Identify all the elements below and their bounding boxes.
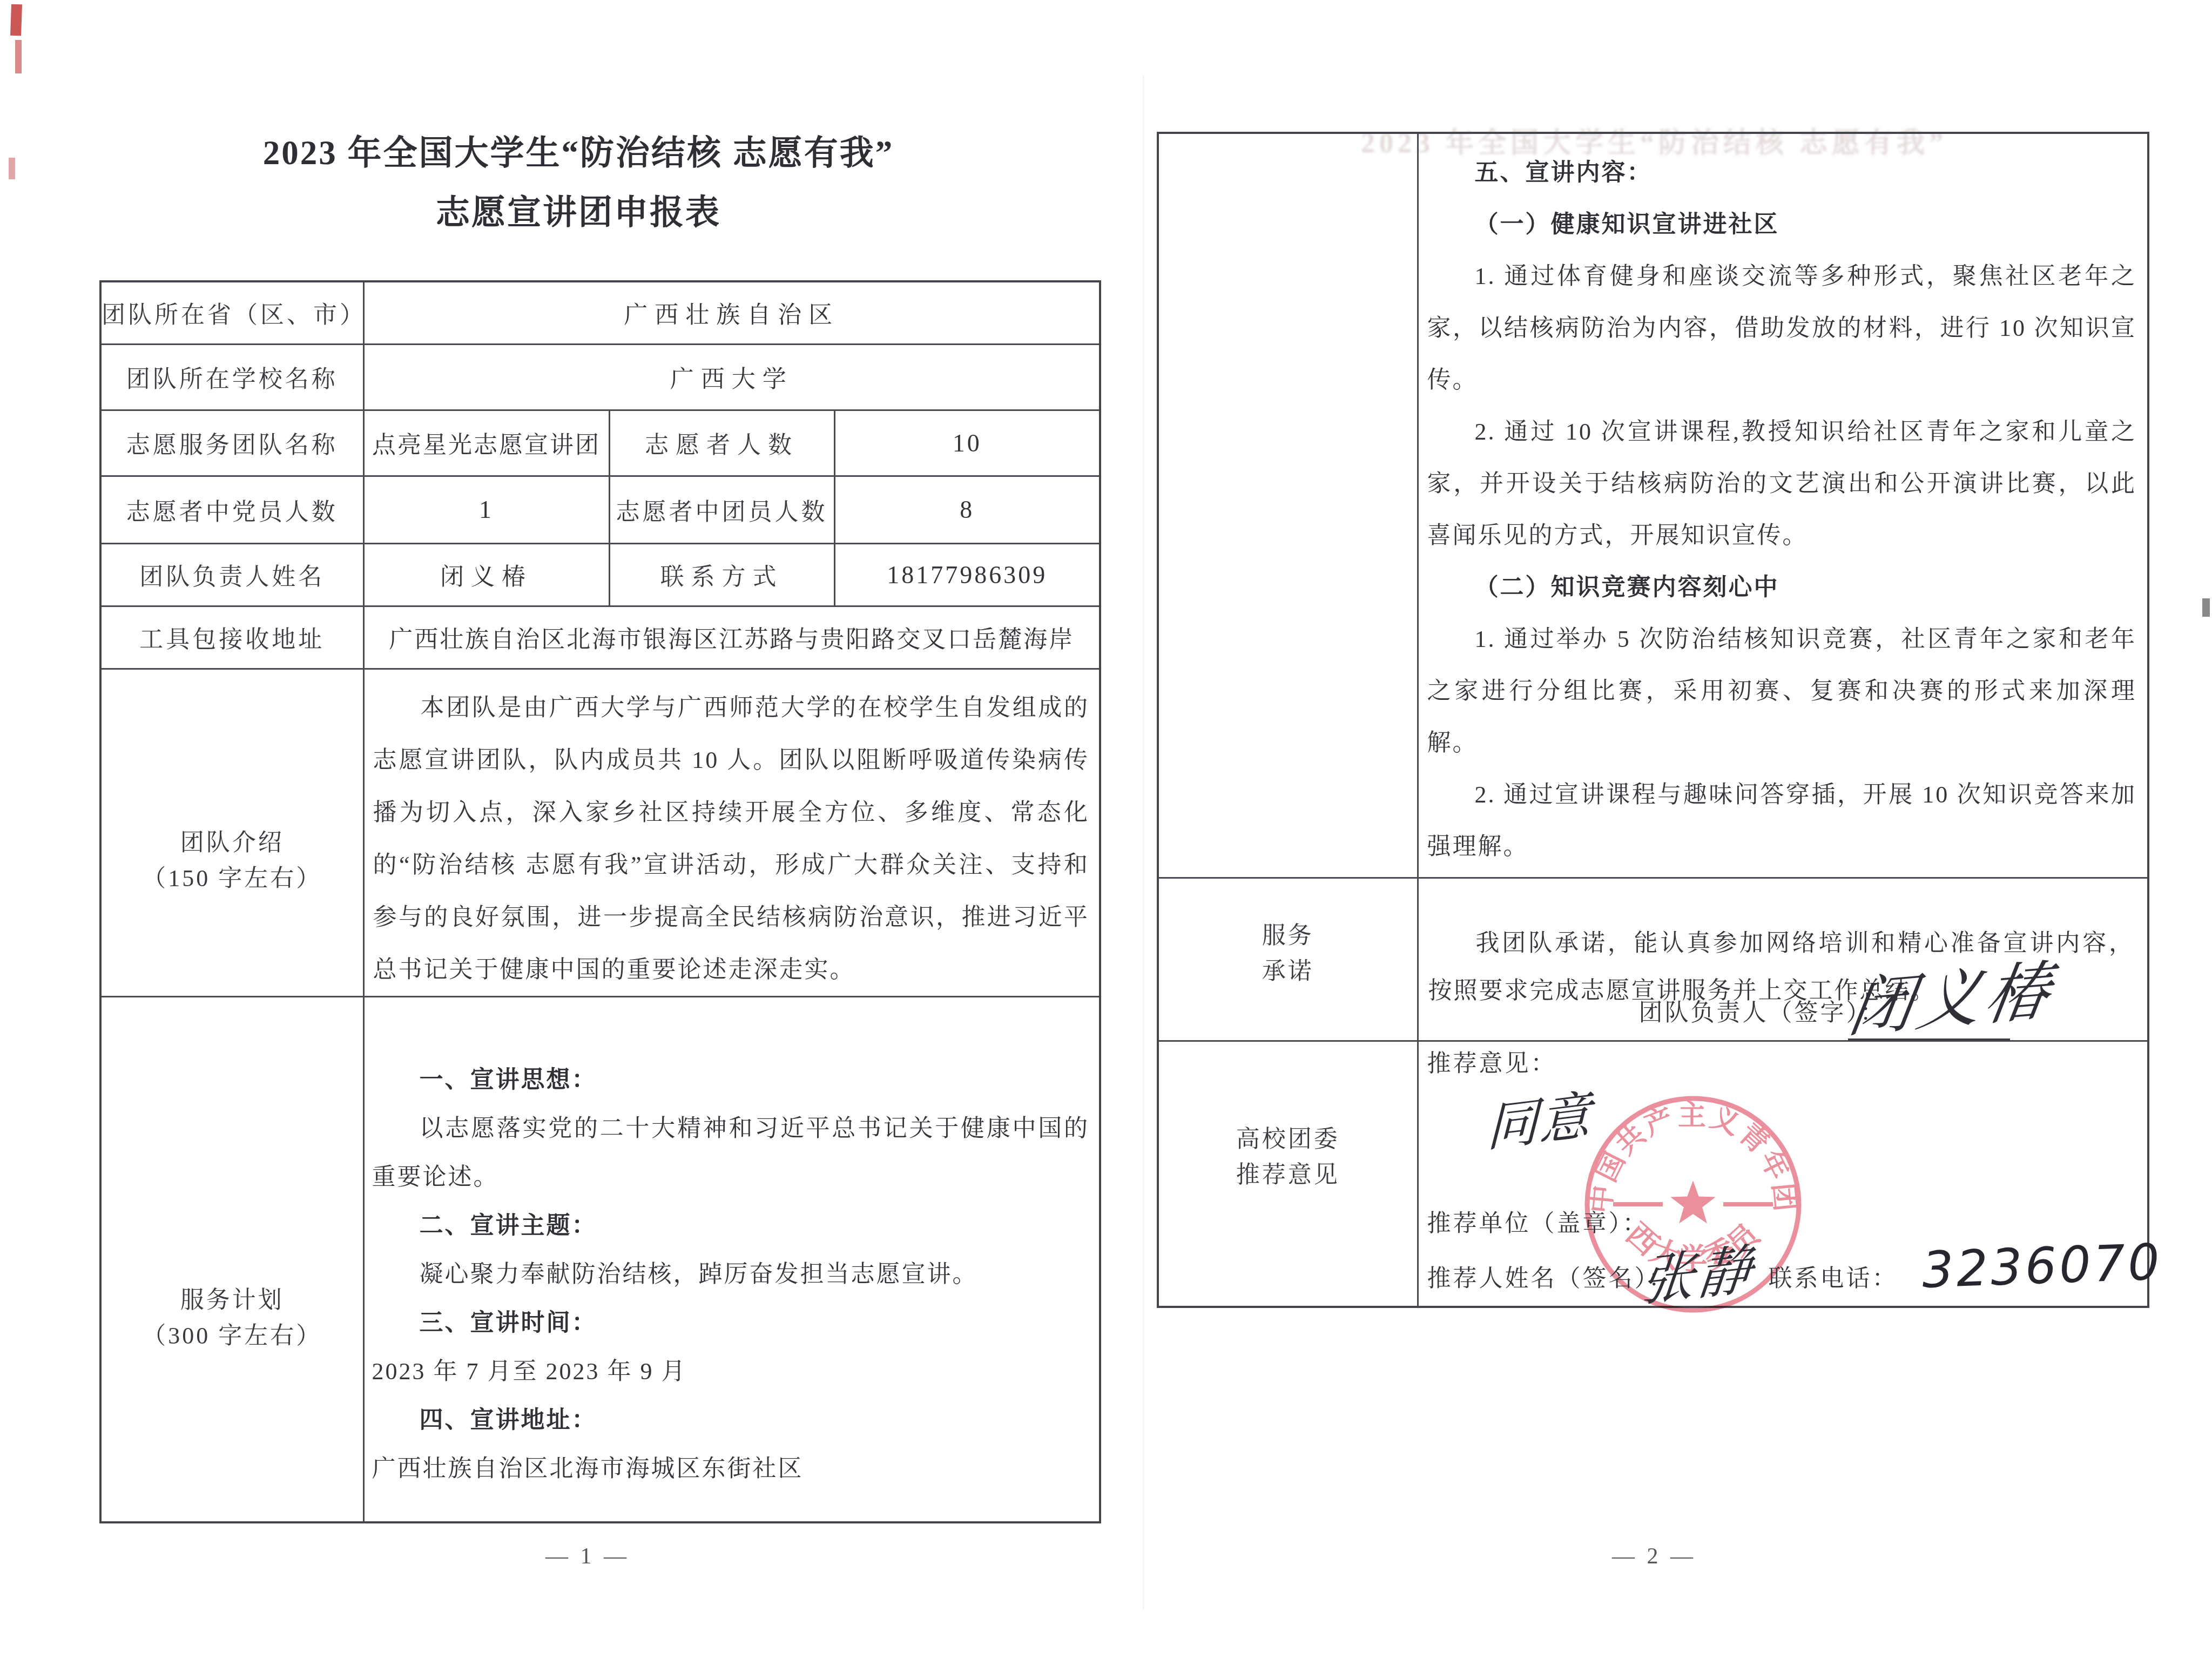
page-number-1: — 1 —: [545, 1543, 630, 1569]
value-toolkit-address: 广西壮族自治区北海市银海区江苏路与贵阳路交叉口岳麓海岸: [363, 606, 1100, 669]
table-row: 工具包接收地址 广西壮族自治区北海市银海区江苏路与贵阳路交叉口岳麓海岸: [100, 606, 1100, 669]
value-team-province: 广西壮族自治区: [363, 281, 1100, 344]
table-row: 志愿者中党员人数 1 志愿者中团员人数 8: [100, 476, 1100, 543]
label-recommendation-line1: 高校团委: [1159, 1122, 1417, 1157]
form-title: 2023 年全国大学生“防治结核 志愿有我” 志愿宣讲团申报表: [79, 123, 1078, 242]
recommendation-phone-label: 联系电话：: [1769, 1259, 1898, 1293]
label-service-plan: 服务计划 （300 字左右）: [100, 996, 363, 1522]
content-sub-1: （一）健康知识宣讲进社区: [1419, 199, 2148, 251]
plan-body-4: 广西壮族自治区北海市海城区东街社区: [365, 1445, 1100, 1493]
label-league-member-count: 志愿者中团员人数: [609, 476, 834, 543]
value-contact-phone: 18177986309: [834, 543, 1100, 606]
label-team-province: 团队所在省（区、市）: [100, 281, 363, 344]
application-table-page2: 五、宣讲内容： （一）健康知识宣讲进社区 1. 通过体育健身和座谈交流等多种形式…: [1157, 132, 2149, 1308]
table-row-lecture-content: 五、宣讲内容： （一）健康知识宣讲进社区 1. 通过体育健身和座谈交流等多种形式…: [1158, 133, 2148, 878]
team-intro-paragraph: 本团队是由广西大学与广西师范大学的在校学生自发组成的志愿宣讲团队，队内成员共 1…: [365, 670, 1100, 996]
content-item-1: 1. 通过体育健身和座谈交流等多种形式，聚焦社区老年之家，以结核病防治为内容，借…: [1419, 251, 2148, 406]
scan-edge-red-mark: [9, 158, 15, 179]
cell-service-pledge: 我团队承诺，能认真参加网络培训和精心准备宣讲内容，按照要求完成志愿宣讲服务并上交…: [1418, 878, 2148, 1041]
cell-lecture-content: 五、宣讲内容： （一）健康知识宣讲进社区 1. 通过体育健身和座谈交流等多种形式…: [1418, 133, 2148, 878]
content-sub-2: （二）知识竞赛内容刻心中: [1419, 562, 2148, 613]
table-row: 团队所在学校名称 广西大学: [100, 344, 1100, 410]
recommendation-unit-label: 推荐单位（盖章）：: [1427, 1204, 1649, 1238]
scanned-application-form: { "page1": { "title_line1": "2023 年全国大学生…: [0, 0, 2212, 1659]
scan-edge-red-mark: [15, 40, 22, 73]
page-seam-shadow: [1143, 76, 1144, 1609]
label-volunteer-count: 志愿者人数: [609, 410, 834, 476]
page-number-2: — 2 —: [1612, 1543, 1696, 1569]
recommendation-opinion-label: 推荐意见：: [1427, 1044, 1557, 1078]
value-volunteer-count: 10: [834, 410, 1100, 476]
label-team-intro: 团队介绍 （150 字左右）: [100, 669, 363, 996]
table-row-recommendation: 高校团委 推荐意见 推荐意见： 同意 中国共产主义青年团 广西大: [1158, 1041, 2148, 1307]
label-team-intro-line1: 团队介绍: [102, 825, 363, 861]
table-row: 团队所在省（区、市） 广西壮族自治区: [100, 281, 1100, 344]
label-service-plan-line1: 服务计划: [102, 1283, 363, 1318]
cell-service-plan: 一、宣讲思想： 以志愿落实党的二十大精神和习近平总书记关于健康中国的重要论述。 …: [363, 996, 1100, 1522]
stamp-right-dash: [1723, 1202, 1773, 1206]
form-title-line2: 志愿宣讲团申报表: [79, 183, 1078, 242]
table-row: 志愿服务团队名称 点亮星光志愿宣讲团 志愿者人数 10: [100, 410, 1100, 476]
application-table-page1: 团队所在省（区、市） 广西壮族自治区 团队所在学校名称 广西大学 志愿服务团队名…: [99, 280, 1101, 1523]
label-contact: 联系方式: [609, 543, 834, 606]
table-row: 团队负责人姓名 闭义椿 联系方式 18177986309: [100, 543, 1100, 606]
plan-heading-3: 三、宣讲时间：: [365, 1299, 1100, 1347]
label-leader-name: 团队负责人姓名: [100, 543, 363, 606]
approval-handwritten: 同意: [1486, 1074, 1592, 1161]
stamp-star-icon: [1670, 1181, 1716, 1224]
plan-heading-4: 四、宣讲地址：: [365, 1396, 1100, 1445]
label-service-pledge-line2: 承诺: [1159, 954, 1417, 989]
label-school-name: 团队所在学校名称: [100, 344, 363, 410]
value-league-member-count: 8: [834, 476, 1100, 543]
scan-edge-red-mark: [10, 4, 22, 36]
label-team-intro-line2: （150 字左右）: [102, 861, 363, 896]
plan-heading-1: 一、宣讲思想：: [365, 1026, 1100, 1104]
label-party-member-count: 志愿者中党员人数: [100, 476, 363, 543]
cell-recommendation: 推荐意见： 同意 中国共产主义青年团 广西大学委员会 推荐单位（盖章）：: [1418, 1041, 2148, 1307]
label-service-plan-line2: （300 字左右）: [102, 1318, 363, 1354]
label-service-pledge: 服务 承诺: [1158, 878, 1418, 1041]
recommender-signature-handwritten: 张静: [1637, 1225, 1759, 1316]
label-toolkit-address: 工具包接收地址: [100, 606, 363, 669]
content-label-cell-empty: [1158, 133, 1418, 878]
label-university-league-recommendation: 高校团委 推荐意见: [1158, 1041, 1418, 1307]
plan-body-3: 2023 年 7 月至 2023 年 9 月: [365, 1347, 1100, 1396]
signature-underline: [1848, 1038, 2010, 1041]
table-row-team-intro: 团队介绍 （150 字左右） 本团队是由广西大学与广西师范大学的在校学生自发组成…: [100, 669, 1100, 996]
label-recommendation-line2: 推荐意见: [1159, 1157, 1417, 1193]
scan-edge-dark-mark: [2202, 598, 2210, 617]
leader-signature-handwritten: 闭义椿: [1844, 938, 2062, 1049]
content-item-3: 1. 通过举办 5 次防治结核知识竞赛，社区青年之家和老年之家进行分组比赛，采用…: [1419, 613, 2148, 769]
plan-body-2: 凝心聚力奉献防治结核，踔厉奋发担当志愿宣讲。: [365, 1250, 1100, 1299]
table-row-service-pledge: 服务 承诺 我团队承诺，能认真参加网络培训和精心准备宣讲内容，按照要求完成志愿宣…: [1158, 878, 2148, 1041]
value-leader-name: 闭义椿: [363, 543, 609, 606]
label-team-name: 志愿服务团队名称: [100, 410, 363, 476]
plan-body-1: 以志愿落实党的二十大精神和习近平总书记关于健康中国的重要论述。: [365, 1104, 1100, 1202]
recommendation-phone-handwritten: 3236070: [1921, 1233, 2163, 1299]
value-team-name: 点亮星光志愿宣讲团: [363, 410, 609, 476]
content-item-2: 2. 通过 10 次宣讲课程,教授知识给社区青年之家和儿童之家，并开设关于结核病…: [1419, 406, 2148, 562]
content-item-4: 2. 通过宣讲课程与趣味问答穿插，开展 10 次知识竞答来加强理解。: [1419, 769, 2148, 873]
value-school-name: 广西大学: [363, 344, 1100, 410]
content-heading: 五、宣讲内容：: [1419, 138, 2148, 199]
cell-team-intro: 本团队是由广西大学与广西师范大学的在校学生自发组成的志愿宣讲团队，队内成员共 1…: [363, 669, 1100, 996]
form-title-line1: 2023 年全国大学生“防治结核 志愿有我”: [79, 123, 1078, 183]
plan-heading-2: 二、宣讲主题：: [365, 1202, 1100, 1250]
value-party-member-count: 1: [363, 476, 609, 543]
label-service-pledge-line1: 服务: [1159, 918, 1417, 954]
recommendation-signer-label: 推荐人姓名（签名）：: [1427, 1259, 1675, 1293]
table-row-service-plan: 服务计划 （300 字左右） 一、宣讲思想： 以志愿落实党的二十大精神和习近平总…: [100, 996, 1100, 1522]
